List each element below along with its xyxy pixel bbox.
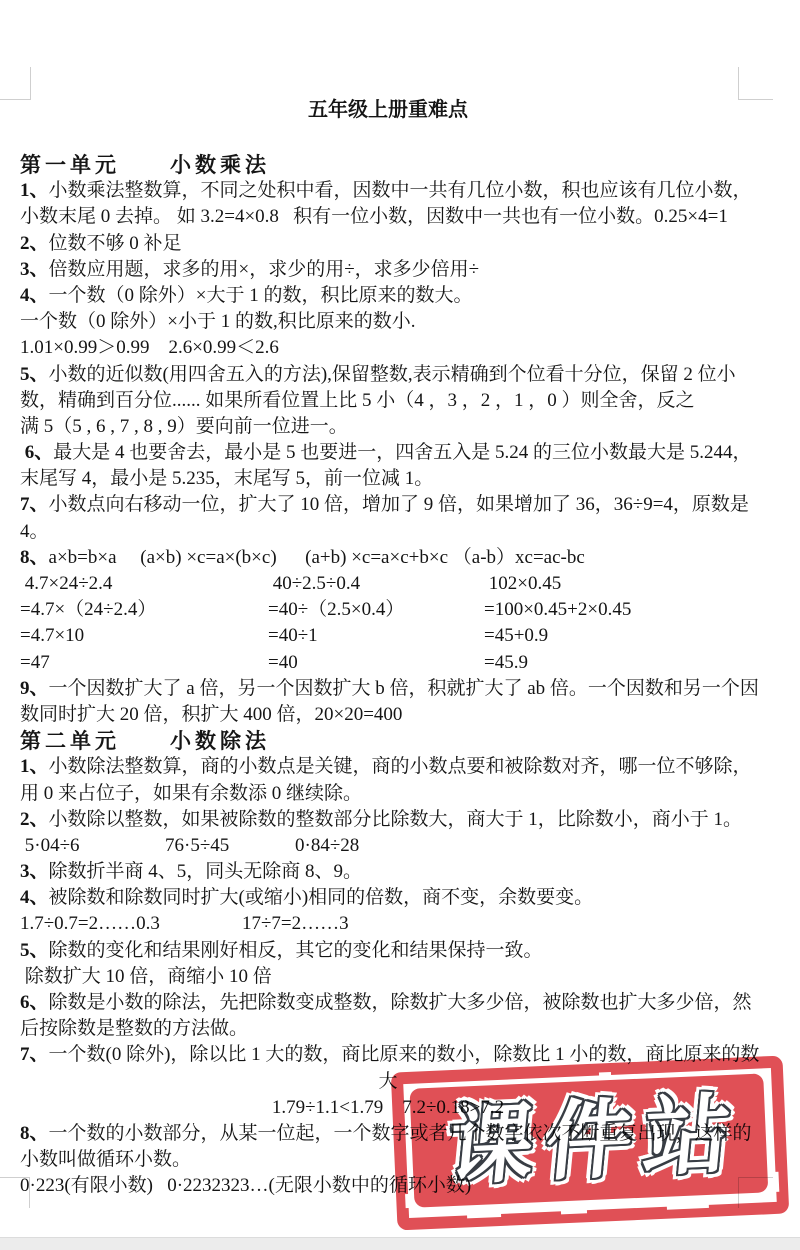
doc-line: 3、除数折半商 4、5，同头无除商 8、9。 bbox=[20, 859, 780, 885]
doc-line: 1、小数乘法整数算，不同之处积中看，因数中一共有几位小数，积也应该有几位小数， bbox=[20, 178, 780, 204]
item-text: a×b=b×a (a×b) ×c=a×(b×c) (a+b) ×c=a×c+b×… bbox=[49, 547, 585, 568]
doc-line: 1、小数除法整数算，商的小数点是关键，商的小数点要和被除数对齐，哪一位不够除， bbox=[20, 754, 780, 780]
item-text: 小数的近似数(用四舍五入的方法),保留整数,表示精确到个位看十分位，保留 2 位… bbox=[49, 364, 736, 385]
stamp-word: 课件站 课件站 bbox=[432, 1091, 746, 1191]
document-content: 五年级上册重难点 第一单元 小数乘法1、小数乘法整数算，不同之处积中看，因数中一… bbox=[20, 97, 780, 1200]
doc-line: 用 0 来占位子，如果有余数添 0 继续除。 bbox=[20, 781, 780, 807]
doc-line: 4。 bbox=[20, 519, 780, 545]
item-text: 小数除法整数算，商的小数点是关键，商的小数点要和被除数对齐，哪一位不够除， bbox=[49, 756, 752, 777]
item-text: 倍数应用题，求多的用×，求少的用÷，求多少倍用÷ bbox=[49, 259, 480, 280]
item-number: 2、 bbox=[20, 233, 49, 254]
doc-line: 1.01×0.99＞0.99 2.6×0.99＜2.6 bbox=[20, 335, 780, 361]
doc-line: =4.7×10=40÷1=45+0.9 bbox=[20, 623, 780, 649]
item-number: 1、 bbox=[20, 756, 49, 777]
worked-example-cell: =45+0.9 bbox=[484, 623, 548, 649]
item-text: 除数的变化和结果刚好相反，其它的变化和结果保持一致。 bbox=[49, 940, 543, 961]
item-number: 3、 bbox=[20, 259, 49, 280]
worked-example-cell: =4.7×（24÷2.4） bbox=[20, 597, 268, 623]
doc-line: 后按除数是整数的方法做。 bbox=[20, 1016, 780, 1042]
page-title: 五年级上册重难点 bbox=[20, 97, 756, 123]
stamp-text: 课件站 bbox=[444, 1091, 746, 1190]
doc-line: 2、小数除以整数，如果被除数的整数部分比除数大，商大于 1，比除数小，商小于 1… bbox=[20, 807, 780, 833]
worked-example-cell: 102×0.45 bbox=[484, 571, 561, 597]
worked-example-cell: 0·84÷28 bbox=[295, 833, 359, 859]
doc-line: =4.7×（24÷2.4）=40÷（2.5×0.4）=100×0.45+2×0.… bbox=[20, 597, 780, 623]
doc-line: 9、一个因数扩大了 a 倍，另一个因数扩大 b 倍，积就扩大了 ab 倍。一个因… bbox=[20, 676, 780, 702]
item-text: 位数不够 0 补足 bbox=[49, 233, 182, 254]
doc-line: 1.7÷0.7=2……0.317÷7=2……3 bbox=[20, 911, 780, 937]
stamp-border-gap bbox=[405, 1194, 414, 1208]
worked-example-cell: =4.7×10 bbox=[20, 623, 268, 649]
doc-line: 小数末尾 0 去掉。 如 3.2=4×0.8 积有一位小数，因数中一共也有一位小… bbox=[20, 204, 780, 230]
doc-line: 8、a×b=b×a (a×b) ×c=a×(b×c) (a+b) ×c=a×c+… bbox=[20, 545, 780, 571]
doc-line: 数，精确到百分位...... 如果所看位置上比 5 小（4 ，3 ，2 ，1 ，… bbox=[20, 388, 780, 414]
item-number: 9、 bbox=[20, 678, 49, 699]
item-text: 除数是小数的除法，先把除数变成整数，除数扩大多少倍，被除数也扩大多少倍，然 bbox=[49, 992, 752, 1013]
section-heading: 第二单元 小数除法 bbox=[20, 728, 780, 754]
item-number: 8、 bbox=[20, 1123, 49, 1144]
doc-line: 数同时扩大 20 倍，积扩大 400 倍，20×20=400 bbox=[20, 702, 780, 728]
item-number: 8、 bbox=[20, 547, 49, 568]
worked-example-cell: =40 bbox=[268, 650, 484, 676]
doc-line: 6、最大是 4 也要舍去，最小是 5 也要进一，四舍五入是 5.24 的三位小数… bbox=[20, 440, 780, 466]
worked-example-cell: 5·04÷6 bbox=[20, 833, 165, 859]
doc-line: 6、除数是小数的除法，先把除数变成整数，除数扩大多少倍，被除数也扩大多少倍，然 bbox=[20, 990, 780, 1016]
worked-example-cell: =45.9 bbox=[484, 650, 528, 676]
worked-example-cell: =100×0.45+2×0.45 bbox=[484, 597, 631, 623]
item-number: 7、 bbox=[20, 1044, 49, 1065]
item-number: 2、 bbox=[20, 809, 49, 830]
worked-example-cell: 4.7×24÷2.4 bbox=[20, 571, 268, 597]
worked-example-cell: =40÷（2.5×0.4） bbox=[268, 597, 484, 623]
doc-line: 4.7×24÷2.4 40÷2.5÷0.4 102×0.45 bbox=[20, 571, 780, 597]
item-number: 7、 bbox=[20, 494, 49, 515]
worked-example-cell: 1.7÷0.7=2……0.3 bbox=[20, 911, 242, 937]
watermark-stamp: 课件站 课件站 bbox=[391, 1056, 790, 1231]
doc-line: 5、小数的近似数(用四舍五入的方法),保留整数,表示精确到个位看十分位，保留 2… bbox=[20, 362, 780, 388]
doc-line: =47=40=45.9 bbox=[20, 650, 780, 676]
doc-line: 除数扩大 10 倍，商缩小 10 倍 bbox=[20, 964, 780, 990]
item-number: 4、 bbox=[20, 285, 49, 306]
item-text: 被除数和除数同时扩大(或缩小)相同的倍数，商不变，余数要变。 bbox=[49, 887, 594, 908]
item-number: 1、 bbox=[20, 180, 49, 201]
item-number: 6、 bbox=[20, 442, 53, 463]
item-text: 小数乘法整数算，不同之处积中看，因数中一共有几位小数，积也应该有几位小数， bbox=[49, 180, 752, 201]
item-number: 4、 bbox=[20, 887, 49, 908]
doc-line: 5·04÷676·5÷450·84÷28 bbox=[20, 833, 780, 859]
item-text: 一个因数扩大了 a 倍，另一个因数扩大 b 倍，积就扩大了 ab 倍。一个因数和… bbox=[49, 678, 759, 699]
item-text: 一个数（0 除外）×大于 1 的数，积比原来的数大。 bbox=[49, 285, 473, 306]
worked-example-cell: =40÷1 bbox=[268, 623, 484, 649]
worked-example-cell: 40÷2.5÷0.4 bbox=[268, 571, 484, 597]
item-number: 6、 bbox=[20, 992, 49, 1013]
item-number: 5、 bbox=[20, 364, 49, 385]
item-text: 小数除以整数，如果被除数的整数部分比除数大，商大于 1，比除数小，商小于 1。 bbox=[49, 809, 743, 830]
crop-mark-top-right bbox=[738, 67, 773, 100]
item-number: 5、 bbox=[20, 940, 49, 961]
doc-line: 满 5（5 , 6 , 7 , 8 , 9）要向前一位进一。 bbox=[20, 414, 780, 440]
item-text: 除数折半商 4、5，同头无除商 8、9。 bbox=[49, 861, 363, 882]
stamp-body: 课件站 课件站 bbox=[409, 1073, 768, 1207]
doc-line: 7、小数点向右移动一位，扩大了 10 倍，增加了 9 倍，如果增加了 36，36… bbox=[20, 492, 780, 518]
doc-line: 4、被除数和除数同时扩大(或缩小)相同的倍数，商不变，余数要变。 bbox=[20, 885, 780, 911]
document-page: 五年级上册重难点 第一单元 小数乘法1、小数乘法整数算，不同之处积中看，因数中一… bbox=[0, 0, 800, 1250]
item-number: 3、 bbox=[20, 861, 49, 882]
doc-line: 5、除数的变化和结果刚好相反，其它的变化和结果保持一致。 bbox=[20, 938, 780, 964]
worked-example-cell: 76·5÷45 bbox=[165, 833, 295, 859]
doc-line: 一个数（0 除外）×小于 1 的数,积比原来的数小. bbox=[20, 309, 780, 335]
item-text: 小数点向右移动一位，扩大了 10 倍，增加了 9 倍，如果增加了 36，36÷9… bbox=[49, 494, 749, 515]
doc-line: 末尾写 4，最小是 5.235，末尾写 5，前一位减 1。 bbox=[20, 466, 780, 492]
section-heading: 第一单元 小数乘法 bbox=[20, 152, 780, 178]
page-bottom-gutter bbox=[0, 1237, 800, 1250]
crop-mark-top-left bbox=[0, 67, 31, 100]
doc-line: 3、倍数应用题，求多的用×，求少的用÷，求多少倍用÷ bbox=[20, 257, 780, 283]
doc-line: 2、位数不够 0 补足 bbox=[20, 231, 780, 257]
document-body: 第一单元 小数乘法1、小数乘法整数算，不同之处积中看，因数中一共有几位小数，积也… bbox=[20, 152, 780, 1200]
doc-line: 4、一个数（0 除外）×大于 1 的数，积比原来的数大。 bbox=[20, 283, 780, 309]
item-text: 最大是 4 也要舍去，最小是 5 也要进一，四舍五入是 5.24 的三位小数最大… bbox=[53, 442, 751, 463]
worked-example-cell: =47 bbox=[20, 650, 268, 676]
worked-example-cell: 17÷7=2……3 bbox=[242, 911, 349, 937]
